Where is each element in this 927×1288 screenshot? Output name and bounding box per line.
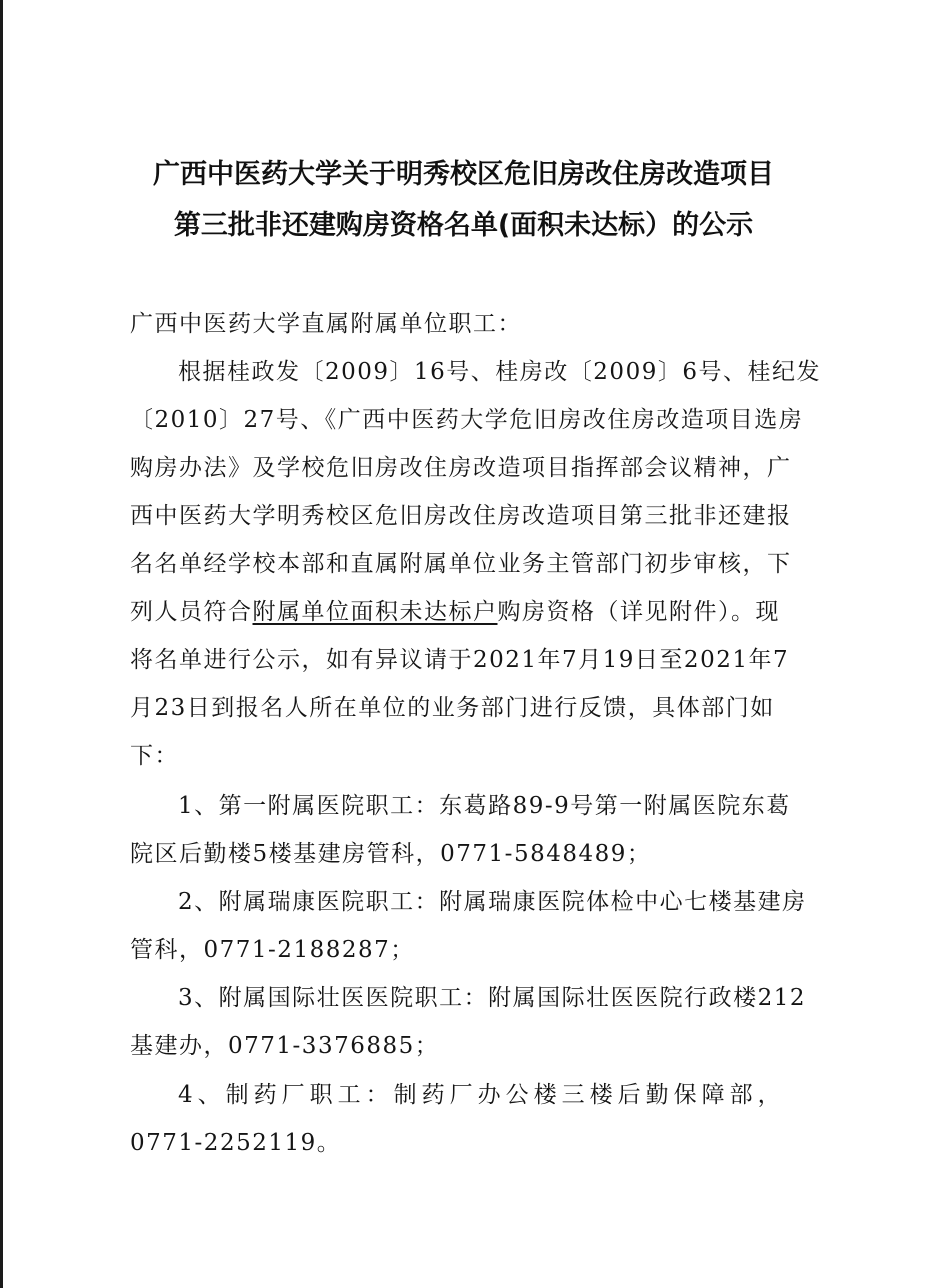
department-2-line-2: 管科，0771-2188287； bbox=[130, 931, 415, 964]
department-3-line-1: 3、附属国际壮医医院职工：附属国际壮医医院行政楼212 bbox=[178, 979, 806, 1012]
department-4-line-1: 4、制药厂职工：制药厂办公楼三楼后勤保障部， bbox=[178, 1076, 786, 1109]
department-1-line-2: 院区后勤楼5楼基建房管科，0771-5848489； bbox=[130, 835, 651, 868]
qualification-line: 列人员符合附属单位面积未达标户购房资格（详见附件）。现 bbox=[130, 593, 780, 626]
body-line: 〔2010〕27号、《广西中医药大学危旧房改住房改造项目选房 bbox=[130, 401, 803, 434]
qualification-after: 购房资格（详见附件）。现 bbox=[498, 599, 781, 625]
body-line: 名名单经学校本部和直属附属单位业务主管部门初步审核，下 bbox=[130, 545, 792, 578]
body-line: 购房办法》及学校危旧房改住房改造项目指挥部会议精神，广 bbox=[130, 449, 792, 482]
body-line: 月23日到报名人所在单位的业务部门进行反馈，具体部门如 bbox=[130, 689, 775, 722]
body-line: 根据桂政发〔2009〕16号、桂房改〔2009〕6号、桂纪发 bbox=[178, 353, 821, 386]
department-1-line-1: 1、第一附属医院职工：东葛路89-9号第一附属医院东葛 bbox=[178, 787, 791, 820]
qualification-before: 列人员符合 bbox=[130, 599, 253, 625]
scan-edge-shadow bbox=[0, 0, 3, 1288]
department-3-line-2: 基建办，0771-3376885； bbox=[130, 1027, 439, 1060]
qualification-underlined: 附属单位面积未达标户 bbox=[253, 599, 498, 625]
department-4-line-2: 0771-2252119。 bbox=[130, 1124, 341, 1157]
salutation: 广西中医药大学直属附属单位职工： bbox=[130, 305, 522, 338]
document-title-line-1: 广西中医药大学关于明秀校区危旧房改住房改造项目 bbox=[0, 152, 927, 191]
document-title-line-2: 第三批非还建购房资格名单(面积未达标）的公示 bbox=[0, 203, 927, 242]
scanned-document-page: 广西中医药大学关于明秀校区危旧房改住房改造项目 第三批非还建购房资格名单(面积未… bbox=[0, 0, 927, 1288]
body-line: 下： bbox=[130, 737, 179, 770]
department-2-line-1: 2、附属瑞康医院职工：附属瑞康医院体检中心七楼基建房 bbox=[178, 883, 807, 916]
body-line: 将名单进行公示，如有异议请于2021年7月19日至2021年7 bbox=[130, 641, 789, 674]
body-line: 西中医药大学明秀校区危旧房改住房改造项目第三批非还建报 bbox=[130, 497, 792, 530]
